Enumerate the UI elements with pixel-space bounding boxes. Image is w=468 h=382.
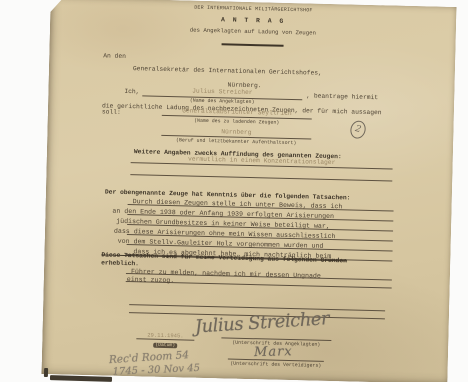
recipient-line: Generalsekretär des Internationalen Geri… [133, 65, 322, 77]
document-page: DER INTERNATIONALE MILITÄRGERICHTSHOF A … [41, 0, 456, 382]
scan-shadow-speck [44, 368, 48, 377]
signature-line [221, 330, 331, 341]
search-hint-entry: vermutlich in einem Konzentrationslager [131, 153, 393, 169]
facts-line: einst zuzog. [127, 276, 175, 284]
request-prefix: Ich, [124, 88, 139, 95]
date-entry: 29.11.1945. [136, 330, 194, 340]
blank-line [130, 167, 392, 181]
counsel-signature-label: (Unterschrift des Verteidigers) [208, 361, 344, 370]
request-suffix: , beantrage hiermit [306, 92, 378, 101]
scan-shadow-strip [50, 375, 112, 382]
relevance-printed-line2: erheblich. [101, 259, 139, 267]
salutation: An den [103, 52, 126, 60]
date-label-box: (Datum) [153, 343, 177, 349]
witness-residence-label: (Beruf und letztbekannter Aufenthaltsort… [161, 138, 311, 147]
header-divider [222, 43, 284, 47]
signature-line [228, 352, 324, 362]
page-number-badge: 2 [348, 119, 367, 140]
request-body-line2: soll: [102, 108, 121, 115]
